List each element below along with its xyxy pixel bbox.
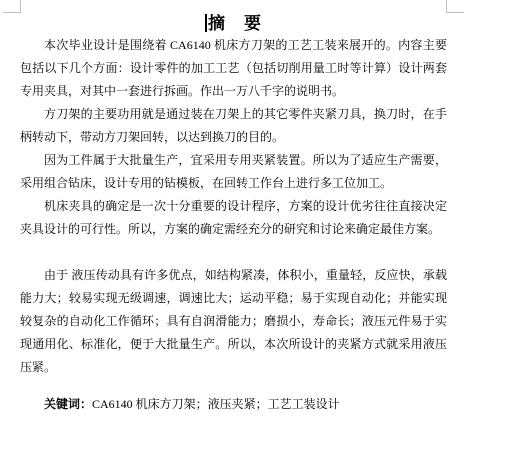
- text-cursor-caret: [205, 14, 207, 32]
- document-page[interactable]: 摘 要 本次毕业设计是围绕着 CA6140 机床方刀架的工艺工装来展开的。内容主…: [0, 0, 505, 469]
- title-row[interactable]: 摘 要: [20, 9, 447, 34]
- paragraph[interactable]: 因为工件属于大批量生产，宜采用专用夹紧装置。所以为了适应生产需要，采用组合钻床，…: [20, 149, 447, 195]
- crop-mark-top-right: [446, 0, 464, 13]
- paragraph[interactable]: 机床夹具的确定是一次十分重要的设计程序，方案的设计优劣往往直接决定夹具设计的可行…: [20, 195, 447, 241]
- keywords-text: CA6140 机床方刀架；液压夹紧；工艺工装设计: [92, 397, 340, 411]
- keywords-label: 关键词：: [44, 397, 92, 411]
- document-title: 摘 要: [208, 14, 262, 33]
- keywords-line[interactable]: 关键词：CA6140 机床方刀架；液压夹紧；工艺工装设计: [20, 393, 447, 416]
- document-body[interactable]: 本次毕业设计是围绕着 CA6140 机床方刀架的工艺工装来展开的。内容主要包括以…: [20, 34, 447, 416]
- paragraph[interactable]: 由于 液压传动具有许多优点，如结构紧凑，体积小，重量轻，反应快，承载能力大；较易…: [20, 264, 447, 379]
- paragraph[interactable]: 本次毕业设计是围绕着 CA6140 机床方刀架的工艺工装来展开的。内容主要包括以…: [20, 34, 447, 103]
- crop-mark-top-left: [3, 0, 21, 13]
- paragraph[interactable]: 方刀架的主要功用就是通过装在刀架上的其它零件夹紧刀具，换刀时，在手柄转动下，带动…: [20, 103, 447, 149]
